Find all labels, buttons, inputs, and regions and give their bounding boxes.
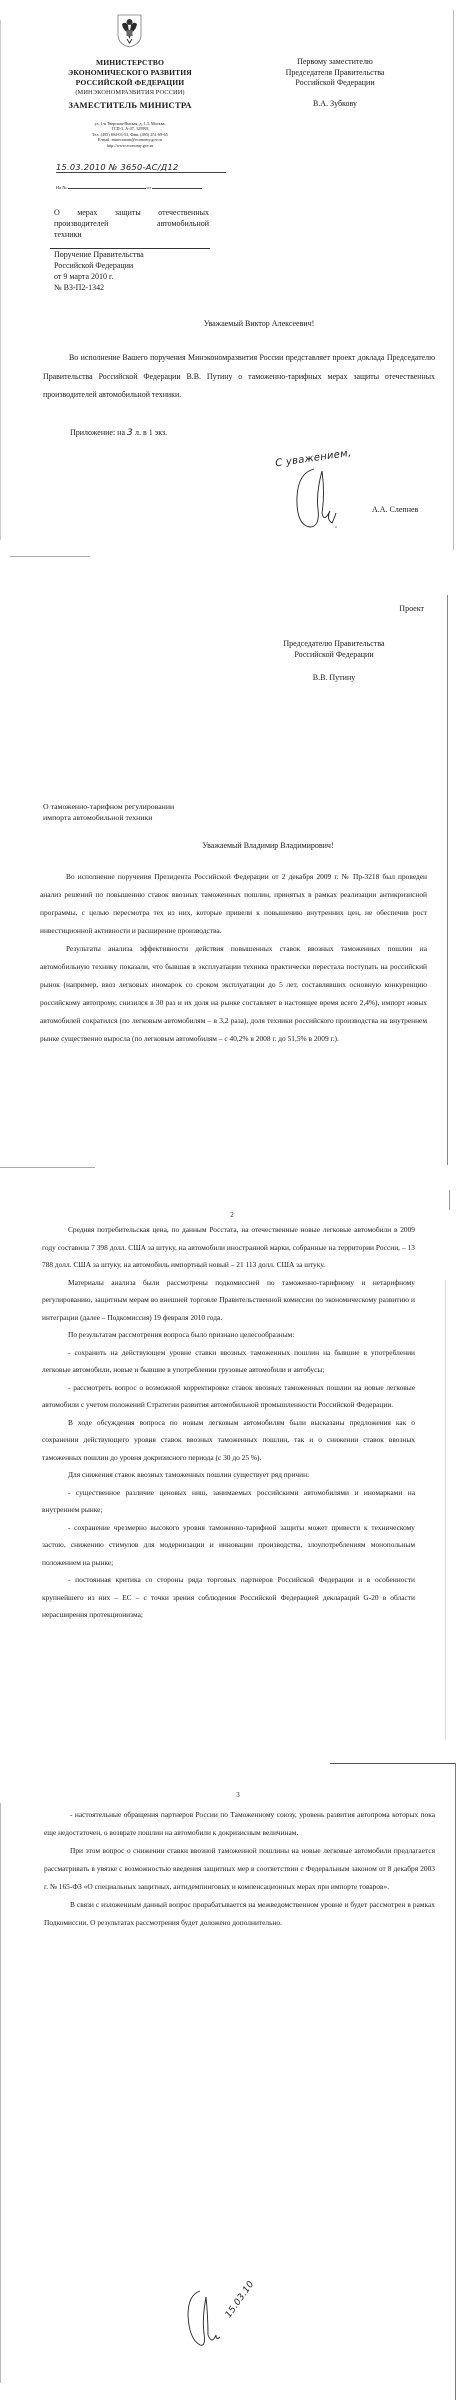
scan-edge-line bbox=[445, 1280, 446, 1740]
basis-line: Поручение Правительства bbox=[54, 249, 214, 260]
body-paragraph: По результатам рассмотрения вопроса было… bbox=[42, 1326, 415, 1344]
body-paragraph: При этом вопрос о снижении ставки ввозно… bbox=[44, 1842, 435, 1896]
signatory-name: А.А. Слепнев bbox=[372, 505, 418, 514]
sender-contacts: ул. 1-я Тверская-Ямская, д. 1,3, Москва,… bbox=[40, 121, 220, 148]
subject-line: импорта автомобильной техники bbox=[43, 812, 243, 823]
page-break bbox=[0, 1167, 95, 1168]
report-salutation: Уважаемый Владимир Владимирович! bbox=[0, 841, 456, 850]
report-page-3-body: - настоятельные обращения партнеров Росс… bbox=[44, 1806, 435, 1932]
body-paragraph: В связи с изложенным данный вопрос прора… bbox=[44, 1896, 435, 1932]
list-item: - настоятельные обращения партнеров Росс… bbox=[44, 1806, 435, 1842]
addressee-name: В.В. Путину bbox=[262, 672, 406, 683]
list-item: - сохранение чрезмерно высокого уровня т… bbox=[42, 1519, 415, 1572]
body-paragraph: Во исполнение поручения Президента Росси… bbox=[40, 868, 427, 940]
body-paragraph: Средняя потребительская цена, по данным … bbox=[42, 1221, 415, 1274]
reply-reference-row: На № от bbox=[56, 185, 208, 190]
signature-icon bbox=[292, 463, 342, 533]
basis-line: от 9 марта 2010 г. bbox=[54, 271, 214, 282]
report-addressee-block: Председателю Правительства Российской Фе… bbox=[262, 638, 406, 683]
coat-of-arms-icon bbox=[115, 13, 144, 48]
draft-status-label: Проект bbox=[360, 604, 424, 613]
org-name-line: ЭКОНОМИЧЕСКОГО РАЗВИТИЯ bbox=[40, 68, 220, 78]
basis-line: № ВЗ-П2-1342 bbox=[54, 282, 214, 293]
addressee-name: В.А. Зубкову bbox=[265, 99, 405, 110]
addressee-line: Председателя Правительства bbox=[265, 68, 405, 79]
org-name-line: МИНИСТЕРСТВО bbox=[40, 58, 220, 68]
page-number: 2 bbox=[0, 1211, 456, 1219]
attachment-note: Приложение: на 3 л. в 1 экз. bbox=[70, 428, 167, 438]
org-name-line: РОССИЙСКОЙ ФЕДЕРАЦИИ bbox=[40, 78, 220, 88]
list-item: - существенное различие ценовых ниш, зан… bbox=[42, 1484, 415, 1519]
scan-edge-line bbox=[449, 1190, 450, 1210]
reply-number-label: На № bbox=[56, 185, 67, 190]
body-paragraph: Для снижения ставок ввозных таможенных п… bbox=[42, 1466, 415, 1484]
subject-line: производителей автомобильной bbox=[54, 219, 209, 230]
draft-report-page-1: Проект Председателю Правительства Россий… bbox=[0, 560, 456, 1170]
addressee-line: Российской Федерации bbox=[262, 649, 406, 660]
addressee-block: Первому заместителю Председателя Правите… bbox=[265, 57, 405, 109]
page-number: 3 bbox=[0, 1791, 456, 1799]
body-paragraph: Во исполнение Вашего поручения Минэконом… bbox=[43, 349, 435, 405]
org-short-name: (МИНЭКОНОМРАЗВИТИЯ РОССИИ) bbox=[40, 88, 220, 97]
addressee-line: Российской Федерации bbox=[265, 78, 405, 89]
draft-report-page-3: 3 - настоятельные обращения партнеров Ро… bbox=[0, 1763, 456, 2400]
attachment-page-count: 3 bbox=[127, 428, 133, 438]
initials-signature-icon bbox=[186, 2289, 236, 2349]
letter-body: Во исполнение Вашего поручения Минэконом… bbox=[43, 349, 435, 405]
report-page-1-body: Во исполнение поручения Президента Росси… bbox=[40, 868, 427, 1048]
reply-date-label: от bbox=[147, 185, 151, 190]
website-link[interactable]: http://www.economy.gov.ru bbox=[40, 143, 220, 148]
subject-line: техники bbox=[54, 230, 209, 241]
basis-order: Поручение Правительства Российской Федер… bbox=[54, 249, 214, 293]
scan-edge-line bbox=[453, 10, 454, 550]
report-page-2-body: Средняя потребительская цена, по данным … bbox=[42, 1221, 415, 1624]
cover-letter-page: МИНИСТЕРСТВО ЭКОНОМИЧЕСКОГО РАЗВИТИЯ РОС… bbox=[0, 0, 456, 555]
body-paragraph: В ходе обсуждения вопроса по новым легко… bbox=[42, 1414, 415, 1467]
letter-subject: О мерах защиты отечественных производите… bbox=[54, 208, 209, 240]
page-break bbox=[10, 556, 90, 557]
body-paragraph: Результаты анализа эффективности действи… bbox=[40, 940, 427, 1048]
outgoing-reference-number: 15.03.2010 № 3650-АС/Д12 bbox=[56, 162, 226, 173]
addressee-line: Председателю Правительства bbox=[262, 638, 406, 649]
basis-line: Российской Федерации bbox=[54, 260, 214, 271]
page-top-edge bbox=[330, 1763, 456, 1764]
subject-line: О мерах защиты отечественных bbox=[54, 208, 209, 219]
list-item: - постоянная критика со стороны ряда тор… bbox=[42, 1571, 415, 1624]
addressee-line: Первому заместителю bbox=[265, 57, 405, 68]
subject-line: О таможенно-тарифном регулировании bbox=[43, 801, 243, 812]
scan-edge-line bbox=[0, 1803, 1, 2383]
list-item: - сохранить на действующем уровне ставки… bbox=[42, 1344, 415, 1379]
draft-report-page-2: 2 Средняя потребительская цена, по данны… bbox=[0, 1190, 456, 1750]
scan-edge-line bbox=[0, 20, 1, 540]
body-paragraph: Материалы анализа были рассмотрены подко… bbox=[42, 1274, 415, 1327]
letterhead: МИНИСТЕРСТВО ЭКОНОМИЧЕСКОГО РАЗВИТИЯ РОС… bbox=[40, 58, 220, 110]
salutation: Уважаемый Виктор Алексеевич! bbox=[0, 319, 456, 328]
report-subject: О таможенно-тарифном регулировании импор… bbox=[43, 801, 243, 823]
sender-position: ЗАМЕСТИТЕЛЬ МИНИСТРА bbox=[40, 100, 220, 110]
list-item: - рассмотреть вопрос о возможной коррект… bbox=[42, 1379, 415, 1414]
scan-edge-line bbox=[447, 595, 448, 1165]
